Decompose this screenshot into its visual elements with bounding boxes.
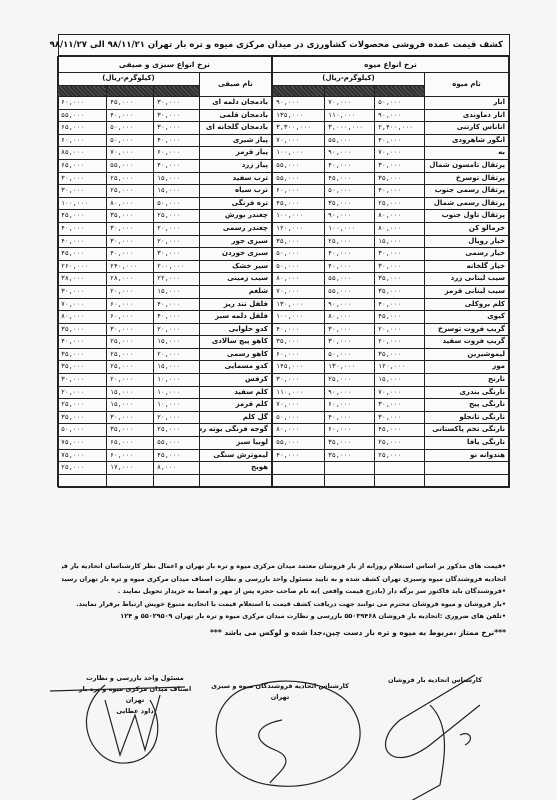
- price-low: ۸۰,۰۰۰: [375, 210, 425, 223]
- price-mid: ۳۵,۰۰۰: [325, 197, 375, 210]
- table-row: نارنگی تخم پاکستانی۴۵,۰۰۰۶۰,۰۰۰۸۰,۰۰۰: [272, 424, 508, 437]
- price-high: ۳۰,۰۰۰: [57, 172, 106, 185]
- price-low: ۷۰,۰۰۰: [375, 147, 425, 160]
- price-high: ۵۰,۰۰۰: [272, 411, 324, 424]
- table-row: کرفس۱۰,۰۰۰۲۰,۰۰۰۳۰,۰۰۰: [57, 374, 271, 387]
- table-row: بادمجان گلخانه ای۳۰,۰۰۰۵۰,۰۰۰۶۵,۰۰۰: [57, 122, 271, 135]
- price-low: ۳۰,۰۰۰: [375, 260, 425, 273]
- item-name: انار: [425, 97, 509, 110]
- item-name: ترب سفید: [199, 172, 271, 185]
- price-mid: ۵۰,۰۰۰: [325, 348, 375, 361]
- note-line: •تلفن های ضروری :اتحادیه بار فروشان ۵۵۰۳…: [62, 610, 506, 623]
- item-name: شلغم: [199, 285, 271, 298]
- table-row: گریپ فروت توسرخ۲۰,۰۰۰۳۰,۰۰۰۴۰,۰۰۰: [272, 323, 508, 336]
- price-high: ۳۵,۰۰۰: [57, 361, 106, 374]
- price-mid: [325, 474, 375, 487]
- price-mid: ۷۰,۰۰۰: [325, 97, 375, 110]
- item-name: خیار رویال: [425, 235, 509, 248]
- price-mid: ۷۰,۰۰۰: [106, 147, 153, 160]
- price-high: ۲۶۰,۰۰۰: [57, 260, 106, 273]
- table-row: سیب لبنانی قرمز۳۵,۰۰۰۵۵,۰۰۰۷۰,۰۰۰: [272, 285, 508, 298]
- price-mid: ۱۷,۰۰۰: [106, 462, 153, 475]
- table-row: کاهو پیچ سالادی۱۵,۰۰۰۲۵,۰۰۰۴۰,۰۰۰: [57, 336, 271, 349]
- item-name: [425, 474, 509, 487]
- price-mid: ۴۰,۰۰۰: [325, 159, 375, 172]
- price-high: ۱۲۰,۰۰۰: [272, 222, 324, 235]
- item-name: ترب سیاه: [199, 185, 271, 198]
- price-high: ۸۰,۰۰۰: [272, 424, 324, 437]
- price-high: ۳,۳۰۰,۰۰۰: [272, 122, 324, 135]
- item-name: سیب لبنانی زرد: [425, 273, 509, 286]
- price-mid: ۱۳۰,۰۰۰: [325, 361, 375, 374]
- price-mid: ۲۰,۰۰۰: [106, 374, 153, 387]
- table-row: نارنگی بندری۷۰,۰۰۰۹۰,۰۰۰۱۱۰,۰۰۰: [272, 386, 508, 399]
- handwritten-signatures-icon: [50, 665, 510, 800]
- item-name: سیب لبنانی قرمز: [425, 285, 509, 298]
- price-mid: ۲۵,۰۰۰: [106, 348, 153, 361]
- item-name: فلفل دلمه سبز: [199, 311, 271, 324]
- price-mid: ۲۴۰,۰۰۰: [106, 260, 153, 273]
- price-mid: [325, 462, 375, 475]
- price-high: ۷۰,۰۰۰: [272, 399, 324, 412]
- table-row: پرتقال تاول جنوب۸۰,۰۰۰۹۰,۰۰۰۱۰۰,۰۰۰: [272, 210, 508, 223]
- price-low: ۲۰,۰۰۰: [153, 222, 199, 235]
- price-mid: ۴۰,۰۰۰: [325, 248, 375, 261]
- price-high: ۴۰,۰۰۰: [57, 235, 106, 248]
- table-row: پیاز شیری۴۰,۰۰۰۵۰,۰۰۰۶۰,۰۰۰: [57, 134, 271, 147]
- table-row: خیار رسمی۳۰,۰۰۰۴۰,۰۰۰۵۰,۰۰۰: [272, 248, 508, 261]
- table-row: لوبیا سبز۵۵,۰۰۰۶۵,۰۰۰۷۵,۰۰۰: [57, 437, 271, 450]
- price-high: ۷۰,۰۰۰: [57, 298, 106, 311]
- table-row: گریپ فروت سفید۲۰,۰۰۰۳۰,۰۰۰۳۵,۰۰۰: [272, 336, 508, 349]
- price-mid: ۸۰,۰۰۰: [325, 311, 375, 324]
- table-row: پیاز قرمز۶۰,۰۰۰۷۰,۰۰۰۸۵,۰۰۰: [57, 147, 271, 160]
- item-name: سبزی جور: [199, 235, 271, 248]
- price-high: ۲۵,۰۰۰: [57, 462, 106, 475]
- item-name: پرتقال رسمی شمال: [425, 197, 509, 210]
- price-mid: ۶۵,۰۰۰: [106, 437, 153, 450]
- price-high: ۱۰۰,۰۰۰: [272, 210, 324, 223]
- item-name: پرتقال توسرخ: [425, 172, 509, 185]
- price-mid: ۳۰,۰۰۰: [106, 222, 153, 235]
- item-name: گریپ فروت توسرخ: [425, 323, 509, 336]
- table-row: به۷۰,۰۰۰۹۰,۰۰۰۱۰۰,۰۰۰: [272, 147, 508, 160]
- price-high: ۱۳۵,۰۰۰: [272, 109, 324, 122]
- note-line: اتحادیه فروشندگان میوه وسبزی تهران کشف ش…: [62, 573, 506, 586]
- price-high: ۲۰,۰۰۰: [57, 386, 106, 399]
- price-low: ۸۰,۰۰۰: [375, 222, 425, 235]
- price-mid: ۱۵,۰۰۰: [106, 386, 153, 399]
- item-name: موز: [425, 361, 509, 374]
- price-high: ۱۳۰,۰۰۰: [272, 298, 324, 311]
- price-mid: ۴۰,۰۰۰: [106, 109, 153, 122]
- price-low: ۳۰,۰۰۰: [153, 109, 199, 122]
- price-mid: ۴۰,۰۰۰: [325, 411, 375, 424]
- price-mid: ۲۵,۰۰۰: [325, 374, 375, 387]
- price-high: ۳۰,۰۰۰: [57, 185, 106, 198]
- veg-section-heading: نرخ انواع سبزی و صیفی: [57, 57, 271, 73]
- price-low: [375, 474, 425, 487]
- price-high: ۷۵,۰۰۰: [57, 437, 106, 450]
- price-high: [57, 474, 106, 487]
- price-col-mid: [325, 86, 375, 97]
- item-name: خیار گلخانه: [425, 260, 509, 273]
- price-high: ۸۰,۰۰۰: [272, 273, 324, 286]
- table-row: موز۱۲۰,۰۰۰۱۳۰,۰۰۰۱۴۵,۰۰۰: [272, 361, 508, 374]
- price-low: ۲۰,۰۰۰: [153, 235, 199, 248]
- table-row: نارنگی یافا۲۵,۰۰۰۳۵,۰۰۰۵۵,۰۰۰: [272, 437, 508, 450]
- price-mid: ۵۵,۰۰۰: [325, 285, 375, 298]
- premium-note: ***نرخ ممتاز ،مربوط به میوه و تره بار دس…: [62, 627, 506, 640]
- price-low: ۲,۴۰۰,۰۰۰: [375, 122, 425, 135]
- price-low: ۱۵,۰۰۰: [375, 235, 425, 248]
- notes-section: •قیمت های مذکور بر اساس استعلام روزانه ا…: [62, 560, 506, 639]
- item-name: خرمالو کن: [425, 222, 509, 235]
- price-mid: ۶۰,۰۰۰: [325, 424, 375, 437]
- price-low: ۴۰,۰۰۰: [153, 311, 199, 324]
- price-low: ۴۰,۰۰۰: [375, 134, 425, 147]
- price-high: ۳۵,۰۰۰: [272, 336, 324, 349]
- item-name: خیار رسمی: [425, 248, 509, 261]
- price-low: ۵۰,۰۰۰: [153, 197, 199, 210]
- item-name: کیوی: [425, 311, 509, 324]
- price-high: ۴۰,۰۰۰: [272, 323, 324, 336]
- table-row: پرتقال تامسون شمال۳۰,۰۰۰۴۰,۰۰۰۵۵,۰۰۰: [272, 159, 508, 172]
- item-name: کدو حلوایی: [199, 323, 271, 336]
- table-row: گل کلم۲۰,۰۰۰۳۰,۰۰۰۳۵,۰۰۰: [57, 411, 271, 424]
- price-high: ۵۵,۰۰۰: [272, 159, 324, 172]
- table-row: انار۵۰,۰۰۰۷۰,۰۰۰۹۰,۰۰۰: [272, 97, 508, 110]
- price-low: ۲۰,۰۰۰: [153, 411, 199, 424]
- fruit-section-heading: نرخ انواع میوه: [272, 57, 508, 73]
- price-high: ۵۰,۰۰۰: [272, 260, 324, 273]
- item-name: پیاز زرد: [199, 159, 271, 172]
- price-high: ۸۰,۰۰۰: [57, 311, 106, 324]
- note-line: •قیمت های مذکور بر اساس استعلام روزانه ا…: [62, 560, 506, 573]
- table-row: خیار گلخانه۳۰,۰۰۰۴۰,۰۰۰۵۰,۰۰۰: [272, 260, 508, 273]
- price-low: ۹۰,۰۰۰: [375, 109, 425, 122]
- item-name: کرفس: [199, 374, 271, 387]
- price-high: ۵۰,۰۰۰: [57, 424, 106, 437]
- price-mid: ۲۵,۰۰۰: [106, 336, 153, 349]
- table-row: سیر خشک۲۰۰,۰۰۰۲۴۰,۰۰۰۲۶۰,۰۰۰: [57, 260, 271, 273]
- price-low: ۶۰,۰۰۰: [153, 147, 199, 160]
- price-mid: ۹۰,۰۰۰: [325, 210, 375, 223]
- price-low: ۴۵,۰۰۰: [375, 424, 425, 437]
- item-name: چغندر رسمی: [199, 222, 271, 235]
- scanned-document: کشف قیمت عمده فروشی محصولات کشاورزی در م…: [0, 0, 557, 800]
- price-low: ۳۰,۰۰۰: [375, 399, 425, 412]
- item-name: نارنگی بندری: [425, 386, 509, 399]
- price-high: ۱۰۰,۰۰۰: [272, 147, 324, 160]
- price-high: ۵۵,۰۰۰: [57, 109, 106, 122]
- table-row: سبزی جور۲۰,۰۰۰۳۰,۰۰۰۴۰,۰۰۰: [57, 235, 271, 248]
- table-row: لیموترش سنگی۴۵,۰۰۰۶۰,۰۰۰۷۵,۰۰۰: [57, 449, 271, 462]
- price-low: ۲۵,۰۰۰: [153, 210, 199, 223]
- price-col-high: [272, 86, 324, 97]
- item-name: سیر خشک: [199, 260, 271, 273]
- price-mid: ۳۰,۰۰۰: [325, 323, 375, 336]
- table-row: تره فرنگی۵۰,۰۰۰۸۰,۰۰۰۱۰۰,۰۰۰: [57, 197, 271, 210]
- price-low: ۳۰,۰۰۰: [375, 411, 425, 424]
- price-mid: [106, 474, 153, 487]
- price-low: ۲۵,۰۰۰: [153, 424, 199, 437]
- price-mid: ۴۵,۰۰۰: [106, 97, 153, 110]
- price-mid: ۳۰,۰۰۰: [106, 323, 153, 336]
- veg-name-header: نام صیفی: [199, 73, 271, 97]
- price-low: ۲۵,۰۰۰: [375, 197, 425, 210]
- price-mid: ۹۰,۰۰۰: [325, 298, 375, 311]
- item-name: تره فرنگی: [199, 197, 271, 210]
- price-high: ۶۰,۰۰۰: [57, 134, 106, 147]
- price-low: ۲۰۰,۰۰۰: [153, 260, 199, 273]
- fruit-price-table: نرخ انواع میوه نام میوه (کیلوگرم-ریال) ا…: [272, 56, 509, 487]
- item-name: کدو مسمایی: [199, 361, 271, 374]
- item-name: [199, 474, 271, 487]
- price-high: ۴۵,۰۰۰: [272, 197, 324, 210]
- price-high: ۱۱۰,۰۰۰: [272, 386, 324, 399]
- price-high: ۳۵,۰۰۰: [272, 235, 324, 248]
- table-row: نارنج۱۵,۰۰۰۲۵,۰۰۰۳۰,۰۰۰: [272, 374, 508, 387]
- table-row: کدو مسمایی۱۵,۰۰۰۲۵,۰۰۰۳۵,۰۰۰: [57, 361, 271, 374]
- price-low: ۱۵,۰۰۰: [153, 361, 199, 374]
- item-name: [425, 462, 509, 475]
- price-high: ۳۸,۰۰۰: [57, 273, 106, 286]
- price-low: ۱۵,۰۰۰: [153, 172, 199, 185]
- price-mid: ۵۵,۰۰۰: [325, 273, 375, 286]
- price-low: ۳۰,۰۰۰: [375, 248, 425, 261]
- item-name: به: [425, 147, 509, 160]
- price-mid: ۸۰,۰۰۰: [106, 197, 153, 210]
- table-row: پیاز زرد۴۰,۰۰۰۵۵,۰۰۰۶۵,۰۰۰: [57, 159, 271, 172]
- item-name: پرتقال تامسون شمال: [425, 159, 509, 172]
- price-low: ۱۰,۰۰۰: [153, 374, 199, 387]
- price-mid: ۹۰,۰۰۰: [325, 386, 375, 399]
- price-low: ۲۰,۰۰۰: [153, 323, 199, 336]
- price-low: ۲۵,۰۰۰: [375, 449, 425, 462]
- price-low: ۱۰,۰۰۰: [153, 399, 199, 412]
- price-low: ۵۰,۰۰۰: [375, 97, 425, 110]
- item-name: پیاز قرمز: [199, 147, 271, 160]
- price-low: ۱۵,۰۰۰: [153, 185, 199, 198]
- item-name: نارنگی تانجلو: [425, 411, 509, 424]
- price-col-mid: [106, 86, 153, 97]
- price-high: ۴۰,۰۰۰: [272, 449, 324, 462]
- price-mid: ۵۵,۰۰۰: [325, 134, 375, 147]
- document-title: کشف قیمت عمده فروشی محصولات کشاورزی در م…: [59, 35, 509, 56]
- table-row: [272, 462, 508, 475]
- table-row: سیب لبنانی زرد۳۵,۰۰۰۵۵,۰۰۰۸۰,۰۰۰: [272, 273, 508, 286]
- note-line: •فروشندگان باید فاکتور سر برگه دار (بادر…: [62, 585, 506, 598]
- item-name: هندوانه نو: [425, 449, 509, 462]
- table-row: نارنگی تانجلو۳۰,۰۰۰۴۰,۰۰۰۵۰,۰۰۰: [272, 411, 508, 424]
- price-high: ۱۴۵,۰۰۰: [272, 361, 324, 374]
- price-low: ۴۰,۰۰۰: [153, 159, 199, 172]
- item-name: سیب زمینی: [199, 273, 271, 286]
- price-mid: ۱۵,۰۰۰: [106, 399, 153, 412]
- price-high: ۴۰,۰۰۰: [57, 222, 106, 235]
- item-name: گریپ فروت سفید: [425, 336, 509, 349]
- item-name: کاهو پیچ سالادی: [199, 336, 271, 349]
- price-mid: ۵۰,۰۰۰: [325, 185, 375, 198]
- price-high: ۷۰,۰۰۰: [272, 285, 324, 298]
- table-row: کاهو رسمی۲۰,۰۰۰۲۵,۰۰۰۳۵,۰۰۰: [57, 348, 271, 361]
- item-name: نارنگی پیج: [425, 399, 509, 412]
- item-name: کلم بروکلی: [425, 298, 509, 311]
- price-mid: ۲۵,۰۰۰: [106, 185, 153, 198]
- item-name: نارنگی یافا: [425, 437, 509, 450]
- price-low: ۴۰,۰۰۰: [375, 298, 425, 311]
- price-low: ۲۲,۰۰۰: [153, 273, 199, 286]
- table-row: کلم بروکلی۴۰,۰۰۰۹۰,۰۰۰۱۳۰,۰۰۰: [272, 298, 508, 311]
- price-high: ۶۰,۰۰۰: [272, 185, 324, 198]
- fruit-name-header: نام میوه: [425, 73, 509, 97]
- item-name: کلم سفید: [199, 386, 271, 399]
- price-high: ۴۰,۰۰۰: [57, 336, 106, 349]
- table-row: کلم قرمز۱۰,۰۰۰۱۵,۰۰۰۲۵,۰۰۰: [57, 399, 271, 412]
- table-row: اناناس کارتنی۲,۴۰۰,۰۰۰۳,۰۰۰,۰۰۰۳,۳۰۰,۰۰۰: [272, 122, 508, 135]
- price-high: [272, 462, 324, 475]
- price-low: ۱۲۰,۰۰۰: [375, 361, 425, 374]
- item-name: سبزی خوردن: [199, 248, 271, 261]
- table-row: پرتقال توسرخ۳۵,۰۰۰۴۵,۰۰۰۵۵,۰۰۰: [272, 172, 508, 185]
- price-mid: ۵۰,۰۰۰: [106, 122, 153, 135]
- price-high: ۱۰۰,۰۰۰: [57, 197, 106, 210]
- price-low: ۱۵,۰۰۰: [153, 336, 199, 349]
- table-row: پرتقال رسمی جنوب۴۰,۰۰۰۵۰,۰۰۰۶۰,۰۰۰: [272, 185, 508, 198]
- price-mid: ۶۰,۰۰۰: [106, 311, 153, 324]
- price-mid: ۱۰۰,۰۰۰: [325, 222, 375, 235]
- price-low: ۲۰,۰۰۰: [375, 336, 425, 349]
- table-row: هویج۸,۰۰۰۱۷,۰۰۰۲۵,۰۰۰: [57, 462, 271, 475]
- price-low: [375, 462, 425, 475]
- price-low: ۵۵,۰۰۰: [153, 437, 199, 450]
- table-row: فلفل دلمه سبز۴۰,۰۰۰۶۰,۰۰۰۸۰,۰۰۰: [57, 311, 271, 324]
- price-low: ۳۵,۰۰۰: [375, 172, 425, 185]
- price-mid: ۲۵,۰۰۰: [106, 361, 153, 374]
- item-name: کاهو رسمی: [199, 348, 271, 361]
- price-high: ۲۵,۰۰۰: [57, 399, 106, 412]
- table-row: چغندر رسمی۲۰,۰۰۰۳۰,۰۰۰۴۰,۰۰۰: [57, 222, 271, 235]
- price-mid: ۵۵,۰۰۰: [106, 159, 153, 172]
- price-high: ۷۵,۰۰۰: [57, 449, 106, 462]
- price-col-high: [57, 86, 106, 97]
- price-low: ۱۵,۰۰۰: [375, 374, 425, 387]
- price-low: ۴۰,۰۰۰: [153, 134, 199, 147]
- price-low: ۳۰,۰۰۰: [153, 97, 199, 110]
- price-high: [272, 474, 324, 487]
- price-mid: ۳۵,۰۰۰: [106, 424, 153, 437]
- price-high: ۳۵,۰۰۰: [57, 411, 106, 424]
- table-row: شلغم۱۵,۰۰۰۲۰,۰۰۰۳۰,۰۰۰: [57, 285, 271, 298]
- price-high: ۳۰,۰۰۰: [57, 285, 106, 298]
- table-row: فلفل تند ریز۴۰,۰۰۰۶۰,۰۰۰۷۰,۰۰۰: [57, 298, 271, 311]
- price-mid: ۳۰,۰۰۰: [106, 235, 153, 248]
- price-low: ۳۰,۰۰۰: [375, 159, 425, 172]
- table-row: کیوی۴۵,۰۰۰۸۰,۰۰۰۱۰۰,۰۰۰: [272, 311, 508, 324]
- veg-unit-header: (کیلوگرم-ریال): [57, 73, 199, 86]
- tables-container: نرخ انواع میوه نام میوه (کیلوگرم-ریال) ا…: [59, 56, 509, 487]
- price-high: ۵۵,۰۰۰: [272, 437, 324, 450]
- price-low: ۳۵,۰۰۰: [375, 285, 425, 298]
- price-low: ۳۵,۰۰۰: [375, 348, 425, 361]
- price-high: ۹۰,۰۰۰: [272, 97, 324, 110]
- price-low: ۲۰,۰۰۰: [153, 348, 199, 361]
- price-high: ۳۵,۰۰۰: [57, 323, 106, 336]
- item-name: بادمجان دلمه ای: [199, 97, 271, 110]
- item-name: بادمجان گلخانه ای: [199, 122, 271, 135]
- price-high: ۴۵,۰۰۰: [57, 210, 106, 223]
- item-name: نارنج: [425, 374, 509, 387]
- table-row: بادمجان قلمی۳۰,۰۰۰۴۰,۰۰۰۵۵,۰۰۰: [57, 109, 271, 122]
- price-low: ۷۰,۰۰۰: [375, 386, 425, 399]
- table-row: کلم سفید۱۰,۰۰۰۱۵,۰۰۰۲۰,۰۰۰: [57, 386, 271, 399]
- price-mid: ۲۰,۰۰۰: [106, 285, 153, 298]
- price-mid: ۶۰,۰۰۰: [106, 298, 153, 311]
- table-row: چغندر بورش۲۵,۰۰۰۳۵,۰۰۰۴۵,۰۰۰: [57, 210, 271, 223]
- table-row: [57, 474, 271, 487]
- price-high: ۵۰,۰۰۰: [272, 248, 324, 261]
- price-high: ۱۰۰,۰۰۰: [272, 311, 324, 324]
- price-mid: ۵۰,۰۰۰: [106, 134, 153, 147]
- table-row: ترب سفید۱۵,۰۰۰۲۵,۰۰۰۳۰,۰۰۰: [57, 172, 271, 185]
- price-high: ۳۰,۰۰۰: [272, 374, 324, 387]
- table-row: انگور شاهرودی۴۰,۰۰۰۵۵,۰۰۰۷۰,۰۰۰: [272, 134, 508, 147]
- price-table-frame: کشف قیمت عمده فروشی محصولات کشاورزی در م…: [58, 34, 510, 488]
- price-low: ۴۵,۰۰۰: [375, 311, 425, 324]
- price-mid: ۶۰,۰۰۰: [106, 449, 153, 462]
- price-mid: ۴۵,۰۰۰: [325, 172, 375, 185]
- price-high: ۶۰,۰۰۰: [57, 97, 106, 110]
- price-high: ۳۵,۰۰۰: [57, 348, 106, 361]
- price-low: [153, 474, 199, 487]
- item-name: چغندر بورش: [199, 210, 271, 223]
- price-mid: ۲۸,۰۰۰: [106, 273, 153, 286]
- price-low: ۱۵,۰۰۰: [153, 285, 199, 298]
- table-row: بادمجان دلمه ای۳۰,۰۰۰۴۵,۰۰۰۶۰,۰۰۰: [57, 97, 271, 110]
- price-mid: ۶۰,۰۰۰: [325, 399, 375, 412]
- item-name: لوبیا سبز: [199, 437, 271, 450]
- price-mid: ۴۰,۰۰۰: [325, 260, 375, 273]
- table-row: انار دماوندی۹۰,۰۰۰۱۱۰,۰۰۰۱۳۵,۰۰۰: [272, 109, 508, 122]
- price-mid: ۲۵,۰۰۰: [325, 235, 375, 248]
- table-row: کدو حلوایی۲۰,۰۰۰۳۰,۰۰۰۳۵,۰۰۰: [57, 323, 271, 336]
- item-name: بادمجان قلمی: [199, 109, 271, 122]
- item-name: نارنگی تخم پاکستانی: [425, 424, 509, 437]
- price-mid: ۹۰,۰۰۰: [325, 147, 375, 160]
- price-high: ۶۵,۰۰۰: [57, 122, 106, 135]
- item-name: لیموشیرین: [425, 348, 509, 361]
- price-mid: ۳۰,۰۰۰: [325, 336, 375, 349]
- price-mid: ۲۵,۰۰۰: [106, 172, 153, 185]
- item-name: اناناس کارتنی: [425, 122, 509, 135]
- price-low: ۲۰,۰۰۰: [375, 323, 425, 336]
- item-name: انگور شاهرودی: [425, 134, 509, 147]
- price-high: ۸۵,۰۰۰: [57, 147, 106, 160]
- price-mid: ۱۱۰,۰۰۰: [325, 109, 375, 122]
- price-low: ۱۰,۰۰۰: [153, 386, 199, 399]
- price-high: ۴۵,۰۰۰: [57, 248, 106, 261]
- price-mid: ۳۵,۰۰۰: [106, 210, 153, 223]
- item-name: انار دماوندی: [425, 109, 509, 122]
- table-row: گوجه فرنگی بوته رس۲۵,۰۰۰۳۵,۰۰۰۵۰,۰۰۰: [57, 424, 271, 437]
- price-mid: ۳۵,۰۰۰: [325, 449, 375, 462]
- table-row: نارنگی پیج۳۰,۰۰۰۶۰,۰۰۰۷۰,۰۰۰: [272, 399, 508, 412]
- item-name: لیموترش سنگی: [199, 449, 271, 462]
- price-low: ۴۰,۰۰۰: [153, 298, 199, 311]
- table-row: خیار رویال۱۵,۰۰۰۲۵,۰۰۰۳۵,۰۰۰: [272, 235, 508, 248]
- price-high: ۷۰,۰۰۰: [272, 134, 324, 147]
